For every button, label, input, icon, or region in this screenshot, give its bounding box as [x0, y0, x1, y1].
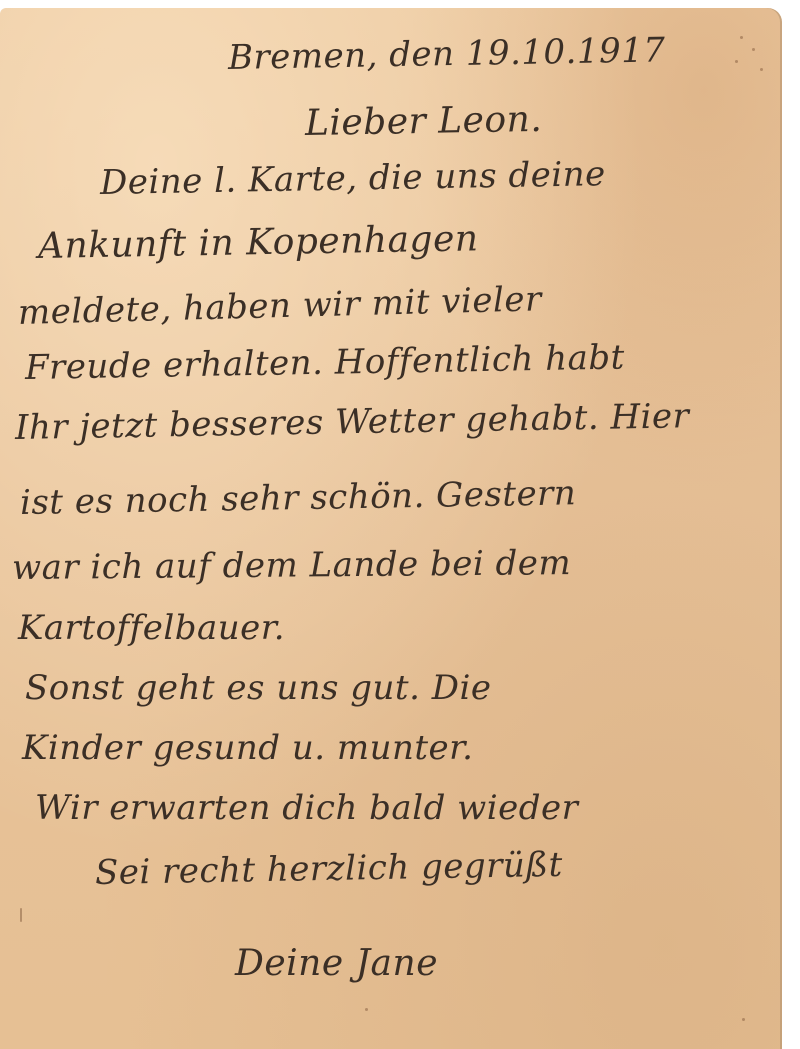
paper-speck — [752, 48, 755, 51]
greeting: Lieber Leon. — [305, 99, 543, 144]
body-line: ist es noch sehr schön. Gestern — [20, 473, 577, 523]
postcard: Bremen, den 19.10.1917 Lieber Leon. Dein… — [0, 8, 782, 1049]
body-line: war ich auf dem Lande bei dem — [12, 543, 572, 588]
body-line: Kartoffelbauer. — [18, 608, 285, 648]
body-line: Ihr jetzt besseres Wetter gehabt. Hier — [15, 396, 690, 448]
body-line: Wir erwarten dich bald wieder — [35, 788, 578, 828]
body-line: Freude erhalten. Hoffentlich habt — [25, 338, 625, 388]
body-line: meldete, haben wir mit vieler — [17, 279, 542, 333]
paper-speck — [735, 60, 738, 63]
paper-speck — [740, 36, 743, 39]
paper-mark — [20, 908, 22, 922]
body-line: Kinder gesund u. munter. — [22, 728, 473, 768]
signature: Deine Jane — [235, 943, 438, 984]
date-line: Bremen, den 19.10.1917 — [228, 30, 666, 78]
body-line: Ankunft in Kopenhagen — [38, 218, 479, 267]
closing: Sei recht herzlich gegrüßt — [95, 845, 563, 893]
paper-speck — [760, 68, 763, 71]
paper-speck — [742, 1018, 745, 1021]
body-line: Sonst geht es uns gut. Die — [25, 668, 491, 708]
body-line: Deine l. Karte, die uns deine — [100, 154, 606, 203]
paper-speck — [365, 1008, 368, 1011]
page: Bremen, den 19.10.1917 Lieber Leon. Dein… — [0, 0, 800, 1049]
